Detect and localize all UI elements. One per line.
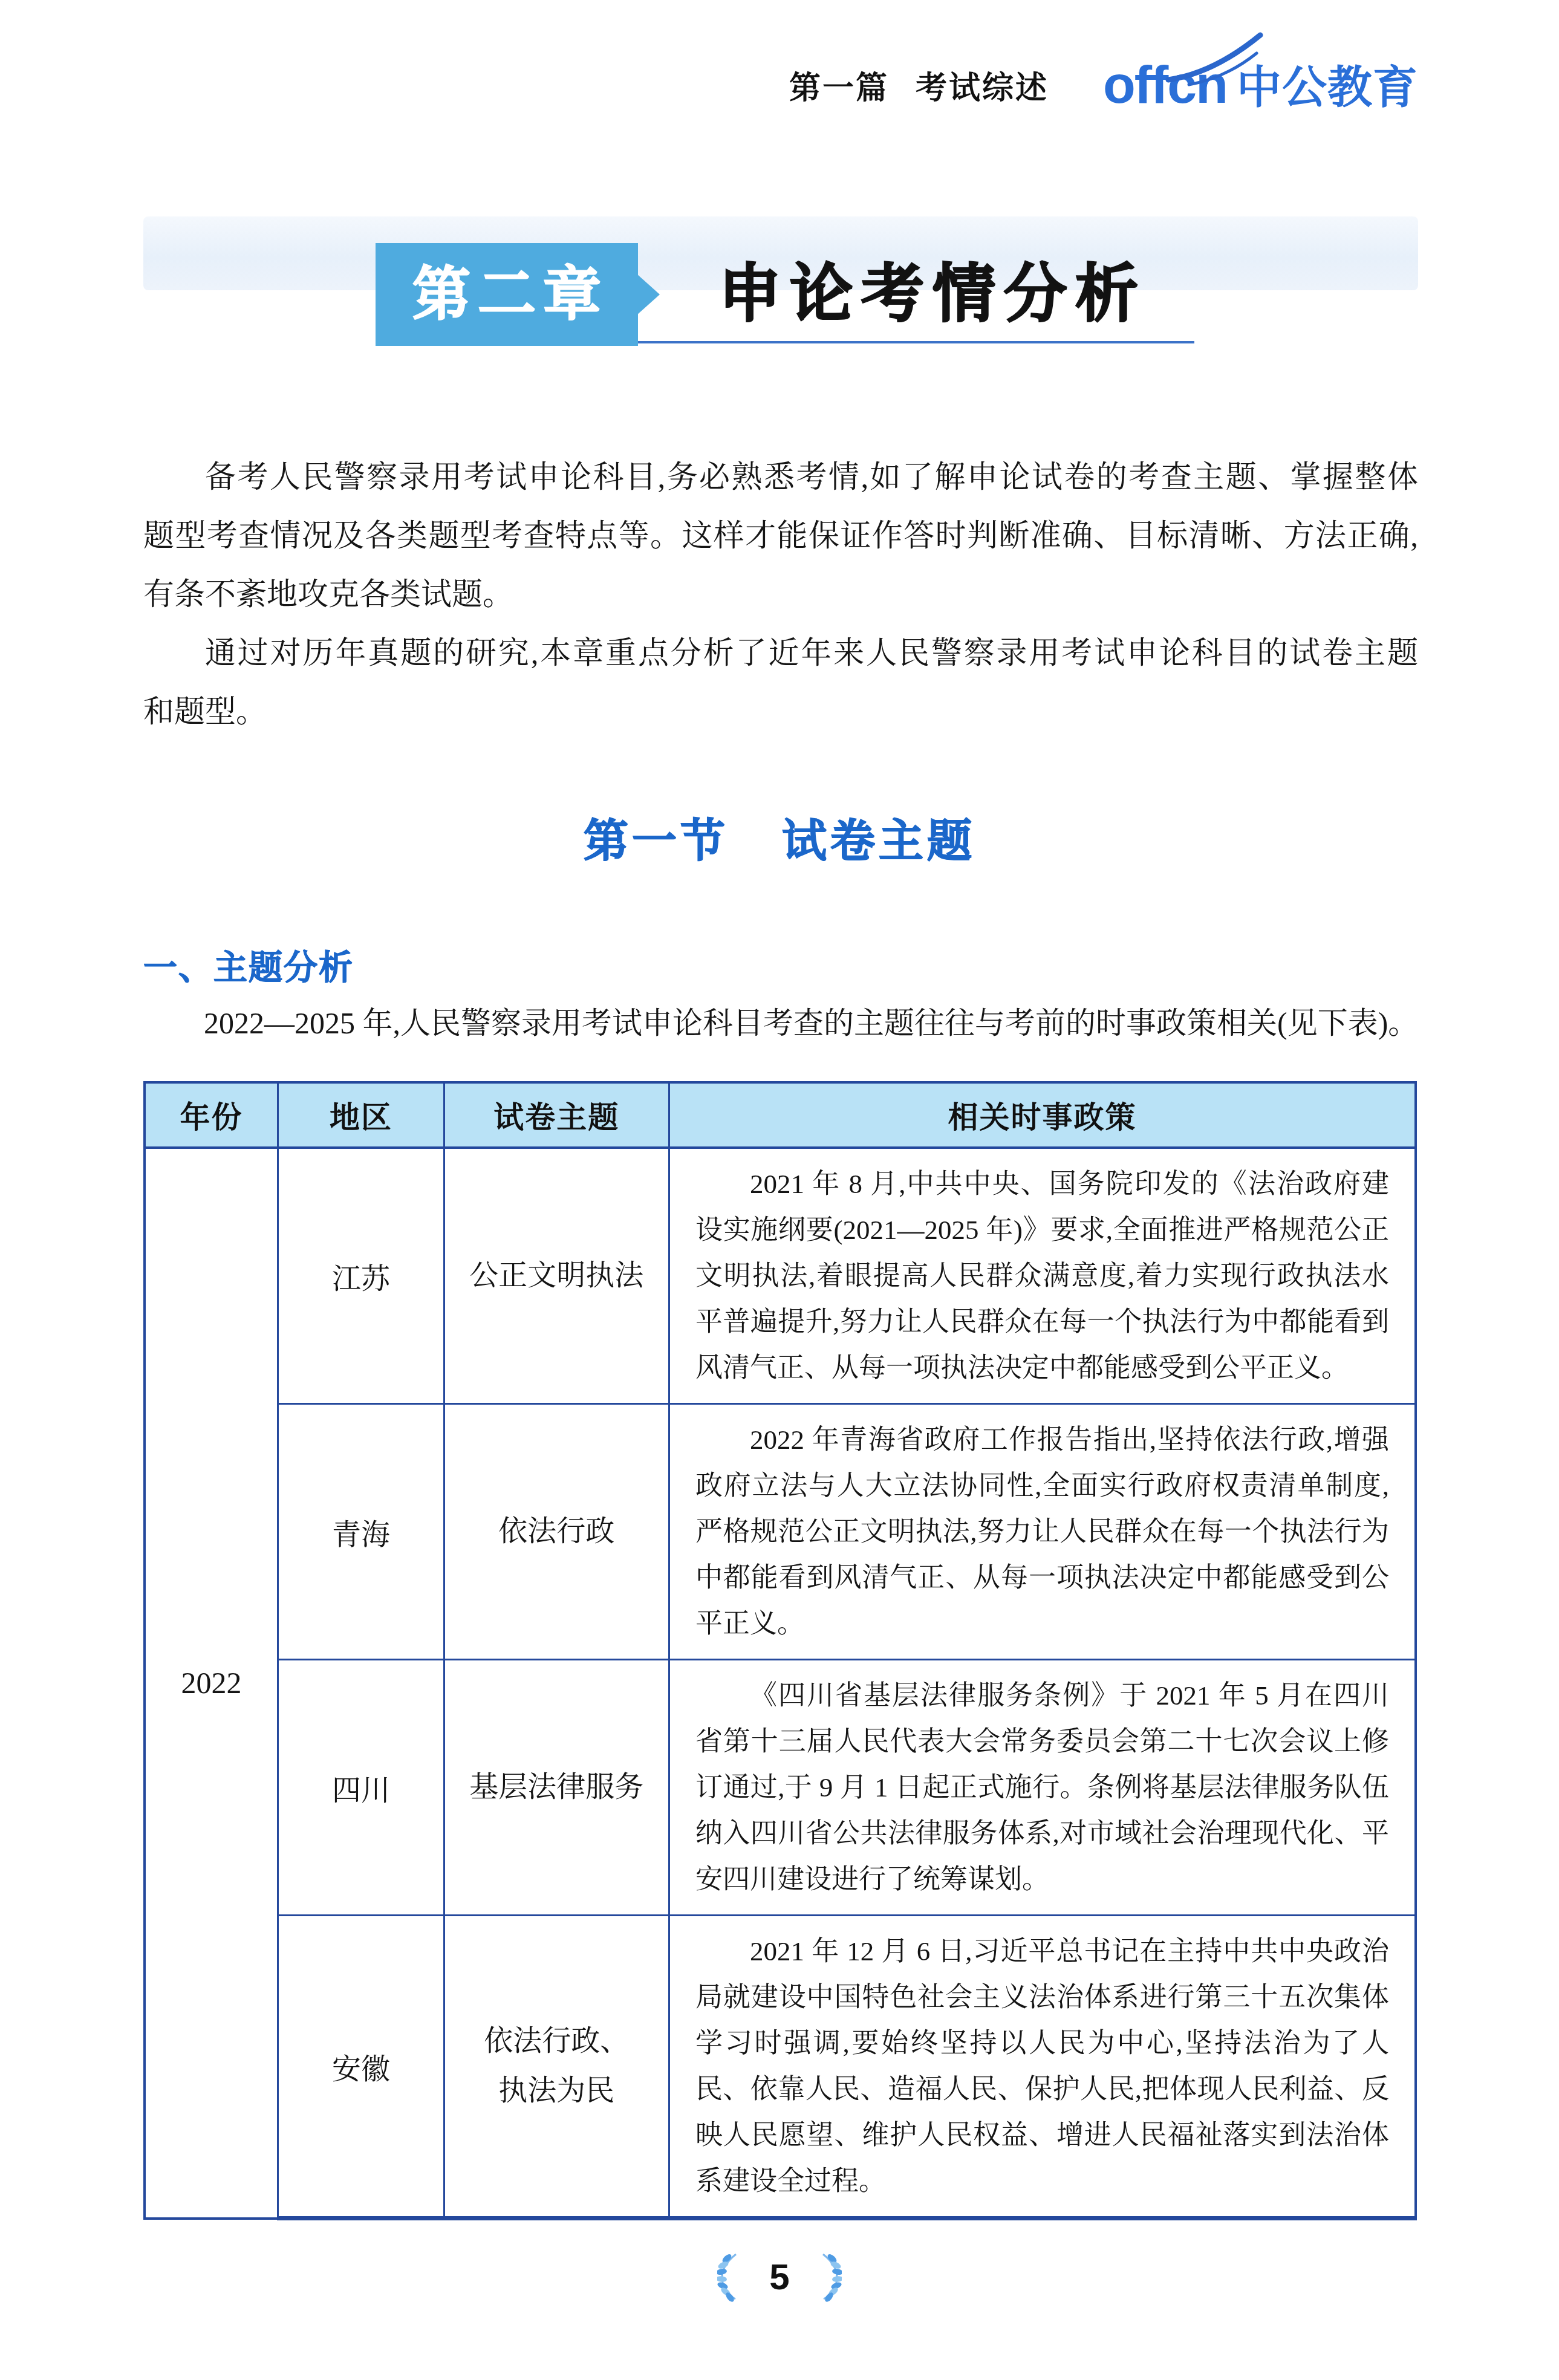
region-cell: 四川 xyxy=(278,1660,444,1916)
policy-cell: 2022 年青海省政府工作报告指出,坚持依法行政,增强政府立法与人大立法协同性,… xyxy=(669,1404,1416,1660)
laurel-left-icon xyxy=(717,2251,741,2303)
intro-line: 有条不紊地攻克各类试题。 xyxy=(143,566,1418,625)
header-cell-policy: 相关时事政策 xyxy=(669,1082,1416,1148)
page-footer: 5 xyxy=(0,2251,1559,2303)
intro-paragraphs: 备考人民警察录用考试申论科目,务必熟悉考情,如了解申论试卷的考查主题、掌握整体 … xyxy=(143,449,1418,742)
intro-line: 和题型。 xyxy=(143,683,1418,742)
theme-cell: 依法行政、 执法为民 xyxy=(444,1916,669,2219)
laurel-right-icon xyxy=(818,2251,842,2303)
section-title: 试卷主题 xyxy=(782,816,975,866)
policy-cell: 2021 年 8 月,中共中央、国务院印发的《法治政府建设实施纲要(2021—2… xyxy=(669,1148,1416,1404)
chapter-title: 申论考情分析 xyxy=(718,260,1147,329)
policy-text: 2022 年青海省政府工作报告指出,坚持依法行政,增强政府立法与人大立法协同性,… xyxy=(695,1417,1389,1647)
chapter-box: 第二章 xyxy=(376,243,638,346)
intro-line: 通过对历年真题的研究,本章重点分析了近年来人民警察录用考试申论科目的试卷主题 xyxy=(143,625,1418,683)
policy-cell: 《四川省基层法律服务条例》于 2021 年 5 月在四川省第十三届人民代表大会常… xyxy=(669,1660,1416,1916)
header-cell-region: 地区 xyxy=(278,1082,444,1148)
page-header: 第一篇 考试综述 offcn 中公教育 xyxy=(0,58,1418,111)
policy-cell: 2021 年 12 月 6 日,习近平总书记在主持中共中央政治局就建设中国特色社… xyxy=(669,1916,1416,2219)
lead-sentence: 2022—2025 年,人民警察录用考试申论科目考查的主题往往与考前的时事政策相… xyxy=(143,999,1479,1042)
theme-cell: 依法行政 xyxy=(444,1404,669,1660)
table-row: 四川 基层法律服务 《四川省基层法律服务条例》于 2021 年 5 月在四川省第… xyxy=(145,1660,1416,1916)
table-row: 安徽 依法行政、 执法为民 2021 年 12 月 6 日,习近平总书记在主持中… xyxy=(145,1916,1416,2219)
page-number: 5 xyxy=(769,2256,789,2298)
section-number: 第一节 xyxy=(584,816,729,866)
intro-line: 备考人民警察录用考试申论科目,务必熟悉考情,如了解申论试卷的考查主题、掌握整体 xyxy=(143,449,1418,507)
theme-table: 年份 地区 试卷主题 相关时事政策 2022 江苏 公正文明执法 2021 年 … xyxy=(143,1081,1417,2220)
table-header-row: 年份 地区 试卷主题 相关时事政策 xyxy=(145,1082,1416,1148)
region-cell: 江苏 xyxy=(278,1148,444,1404)
region-cell: 青海 xyxy=(278,1404,444,1660)
chapter-number: 第二章 xyxy=(412,265,608,324)
offcn-logo: offcn 中公教育 xyxy=(1103,58,1418,111)
table-row: 青海 依法行政 2022 年青海省政府工作报告指出,坚持依法行政,增强政府立法与… xyxy=(145,1404,1416,1660)
header-cell-year: 年份 xyxy=(145,1082,278,1148)
intro-line: 题型考查情况及各类题型考查特点等。这样才能保证作答时判断准确、目标清晰、方法正确… xyxy=(143,507,1418,566)
table-row: 2022 江苏 公正文明执法 2021 年 8 月,中共中央、国务院印发的《法治… xyxy=(145,1148,1416,1404)
part-label: 第一篇 xyxy=(789,62,889,108)
region-cell: 安徽 xyxy=(278,1916,444,2219)
policy-text: 《四川省基层法律服务条例》于 2021 年 5 月在四川省第十三届人民代表大会常… xyxy=(695,1673,1389,1902)
book-page: 第一篇 考试综述 offcn 中公教育 第二章 申论考情分析 备考人民警察录用考… xyxy=(0,0,1559,2380)
part-title: 考试综述 xyxy=(916,62,1049,108)
year-cell: 2022 xyxy=(145,1148,278,2219)
policy-text: 2021 年 8 月,中共中央、国务院印发的《法治政府建设实施纲要(2021—2… xyxy=(695,1161,1389,1391)
chapter-underline xyxy=(638,341,1194,343)
policy-text: 2021 年 12 月 6 日,习近平总书记在主持中共中央政治局就建设中国特色社… xyxy=(695,1928,1389,2204)
running-head: 第一篇 考试综述 xyxy=(789,62,1049,108)
section-heading: 第一节试卷主题 xyxy=(0,805,1559,870)
logo-swoosh-icon xyxy=(1165,30,1268,91)
header-cell-theme: 试卷主题 xyxy=(444,1082,669,1148)
theme-cell: 公正文明执法 xyxy=(444,1148,669,1404)
subsection-heading: 一、主题分析 xyxy=(143,941,354,989)
theme-cell: 基层法律服务 xyxy=(444,1660,669,1916)
